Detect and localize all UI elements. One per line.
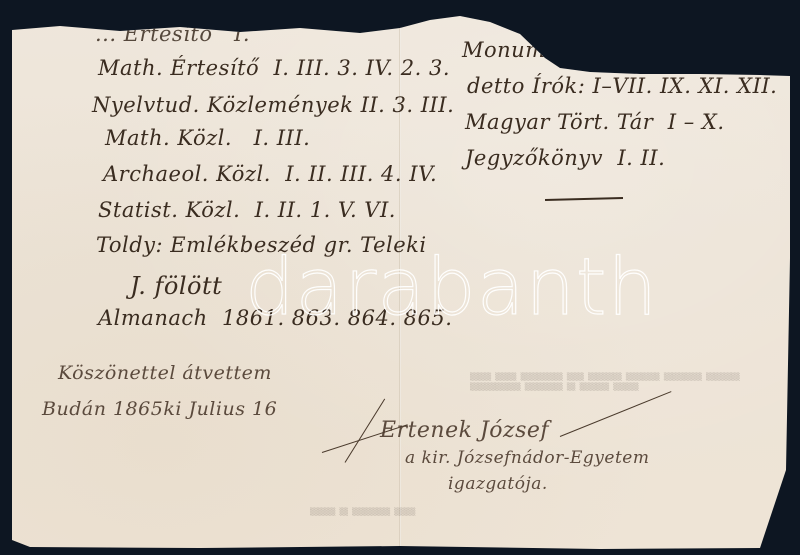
list-line-4: Archaeol. Közl. I. II. III. 4. IV. xyxy=(103,162,437,186)
right-line-0: Monum... xyxy=(462,38,567,62)
bleed-through-print-2: ▒▒▒▒▒▒▒▒▒▒▒▒ ▒▒▒▒▒▒▒▒▒ ▒▒ ▒▒▒▒▒▒▒ ▒▒▒▒▒▒ xyxy=(470,383,639,391)
list-line-3: Math. Közl. I. III. xyxy=(105,126,310,150)
list-line-1: Math. Értesítő I. III. 3. IV. 2. 3. xyxy=(98,56,450,80)
right-line-3: Jegyzőkönyv I. II. xyxy=(465,146,665,170)
watermark: darabanth xyxy=(245,243,658,333)
signature-name: Ertenek József xyxy=(380,418,549,443)
right-line-2: Magyar Tört. Tár I – X. xyxy=(465,110,725,134)
list-line-2: Nyelvtud. Közlemények II. 3. III. xyxy=(92,93,454,117)
bleed-through-print-3: ▒▒▒▒▒▒ ▒▒ ▒▒▒▒▒▒▒▒▒ ▒▒▒▒▒ xyxy=(310,508,415,516)
paper-sheet: ... Értesítő I. Math. Értesítő I. III. 3… xyxy=(0,0,800,555)
right-line-1: detto Írók: I–VII. IX. XI. XII. xyxy=(467,74,777,98)
signature-title-1: a kir. Józsefnádor-Egyetem xyxy=(405,448,649,468)
closing-rule xyxy=(545,197,623,201)
receipt-line-1: Köszönettel átvettem xyxy=(58,362,272,384)
bleed-through-print-1: ▒▒▒▒▒ ▒▒▒▒▒ ▒▒▒▒▒▒▒▒▒▒ ▒▒▒▒ ▒▒▒▒▒▒▒▒ ▒▒▒… xyxy=(470,373,740,381)
signature-title-2: igazgatója. xyxy=(448,474,548,494)
signature-flourish-3 xyxy=(560,391,672,437)
list-line-7: J. fölött xyxy=(130,272,222,300)
receipt-line-2: Budán 1865ki Julius 16 xyxy=(42,398,277,420)
list-line-5: Statist. Közl. I. II. 1. V. VI. xyxy=(98,198,396,222)
list-line-0: ... Értesítő I. xyxy=(95,22,250,46)
